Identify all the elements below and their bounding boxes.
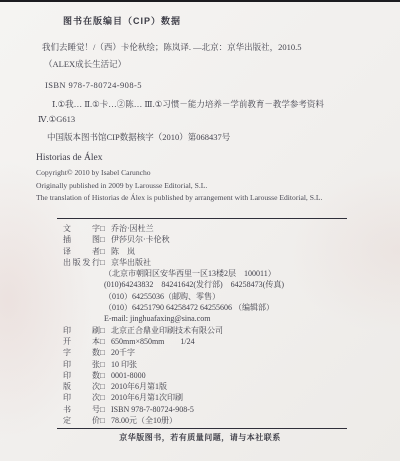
- publisher-main-line: 出版发行□京华出版社: [63, 257, 284, 268]
- publisher-phone-line: （010）64251790 64258472 64255606 （编辑部）: [104, 302, 284, 313]
- original-title: Historias de Álex: [36, 153, 103, 163]
- pubinfo-value: 10 印张: [111, 360, 137, 369]
- box-separator: □: [100, 234, 111, 245]
- pubinfo-row-sheets: 印张□10 印张: [63, 359, 284, 370]
- box-separator: □: [100, 257, 111, 268]
- box-separator: □: [100, 404, 111, 415]
- publisher-phone-line: （010）64255036（邮购、零售）: [104, 291, 284, 302]
- pubinfo-label: 印张: [63, 359, 100, 370]
- box-separator: □: [100, 325, 111, 336]
- copyright-line: The translation of Historias de Álex is …: [36, 192, 322, 205]
- publisher-email-line: E-mail: jinghuafaxing@sina.com: [104, 313, 284, 324]
- pubinfo-row-wordcount: 字数□20千字: [63, 347, 284, 358]
- pubinfo-label: 书号: [63, 404, 100, 415]
- copyright-line: Copyright© 2010 by Isabel Caruncho: [36, 167, 322, 180]
- pubinfo-label: 版次: [63, 381, 100, 392]
- cip-classification-line: Ⅰ.①我… Ⅱ.①卡…②陈… Ⅲ.①习惯－能力培养－学前教育－教学参考资料 Ⅳ.…: [38, 97, 360, 126]
- pubinfo-value: 650mm×850mm 1/24: [111, 337, 195, 346]
- pubinfo-row-edition: 版次□2010年6月第1版: [63, 381, 284, 392]
- pubinfo-value: 2010年6月第1次印刷: [111, 393, 183, 402]
- pubinfo-label: 印刷: [63, 325, 100, 336]
- pubinfo-label: 印数: [63, 370, 100, 381]
- pubinfo-row-illustration: 插图□伊莎贝尔·卡伦秋: [63, 234, 284, 245]
- pubinfo-value: 伊莎贝尔·卡伦秋: [111, 235, 170, 244]
- box-separator: □: [100, 359, 111, 370]
- publisher-phone-line: (010)64243832 84241642(发行部) 64258473(传真): [104, 279, 284, 290]
- pubinfo-label: 出版发行: [63, 257, 100, 268]
- pubinfo-label: 文字: [63, 223, 100, 234]
- pubinfo-value: 京华出版社: [111, 258, 151, 267]
- pubinfo-row-isbn: 书号□ISBN 978-7-80724-908-5: [63, 404, 284, 415]
- pubinfo-row-printer: 印刷□北京正合鼎业印刷技术有限公司: [63, 325, 284, 336]
- pubinfo-row-format: 开本□650mm×850mm 1/24: [63, 336, 284, 347]
- divider-top: [57, 218, 347, 219]
- box-separator: □: [100, 223, 111, 234]
- pubinfo-value: 陈 岚: [111, 247, 135, 256]
- copyright-block: Copyright© 2010 by Isabel Caruncho Origi…: [36, 167, 322, 205]
- pubinfo-label: 定价: [63, 415, 100, 426]
- pubinfo-row-price: 定价□78.00元（全10册）: [63, 415, 284, 426]
- pubinfo-row-printrun: 印数□0001-8000: [63, 370, 284, 381]
- pubinfo-row-translator: 译者□陈 岚: [63, 246, 284, 257]
- pubinfo-value: 2010年6月第1版: [111, 382, 167, 391]
- cip-registry-line: 中国版本图书馆CIP数据核字（2010）第068437号: [47, 131, 230, 143]
- pubinfo-label: 印次: [63, 392, 100, 403]
- publisher-address-line: （北京市朝阳区安华西里一区13楼2层 100011）: [104, 268, 284, 279]
- box-separator: □: [100, 392, 111, 403]
- copyright-page: 图书在版编目（CIP）数据 我们去睡觉！/（西）卡伦秋绘；陈岚译. —北京：京华…: [0, 0, 400, 461]
- cip-title-line: 我们去睡觉！/（西）卡伦秋绘；陈岚译. —北京：京华出版社，2010.5: [42, 41, 302, 53]
- box-separator: □: [100, 336, 111, 347]
- pubinfo-value: 北京正合鼎业印刷技术有限公司: [111, 326, 223, 335]
- pubinfo-value: 乔治·因杜兰: [111, 224, 154, 233]
- pubinfo-value: 20千字: [111, 348, 135, 357]
- cip-heading: 图书在版编目（CIP）数据: [63, 14, 181, 27]
- box-separator: □: [100, 415, 111, 426]
- scan-top-edge: [0, 0, 400, 2]
- box-separator: □: [100, 370, 111, 381]
- pubinfo-value: ISBN 978-7-80724-908-5: [111, 405, 194, 414]
- publication-info-table: 文字□乔治·因杜兰 插图□伊莎贝尔·卡伦秋 译者□陈 岚 出版发行□京华出版社 …: [63, 223, 284, 426]
- pubinfo-row-text: 文字□乔治·因杜兰: [63, 223, 284, 234]
- divider-bottom: [57, 428, 347, 429]
- box-separator: □: [100, 347, 111, 358]
- copyright-line: Originally published in 2009 by Larousse…: [36, 180, 322, 193]
- box-separator: □: [100, 246, 111, 257]
- footer-note: 京华版图书，若有质量问题，请与本社联系: [0, 432, 400, 443]
- cip-series-line: （ALEX成长生活记）: [44, 58, 126, 70]
- pubinfo-value: 0001-8000: [111, 371, 146, 380]
- pubinfo-row-publisher: 出版发行□京华出版社 （北京市朝阳区安华西里一区13楼2层 100011） (0…: [63, 257, 284, 325]
- cip-isbn-line: ISBN 978-7-80724-908-5: [45, 80, 142, 90]
- pubinfo-label: 译者: [63, 246, 100, 257]
- pubinfo-row-impression: 印次□2010年6月第1次印刷: [63, 392, 284, 403]
- pubinfo-label: 开本: [63, 336, 100, 347]
- pubinfo-label: 插图: [63, 234, 100, 245]
- box-separator: □: [100, 381, 111, 392]
- pubinfo-label: 字数: [63, 347, 100, 358]
- pubinfo-value: 78.00元（全10册）: [111, 416, 177, 425]
